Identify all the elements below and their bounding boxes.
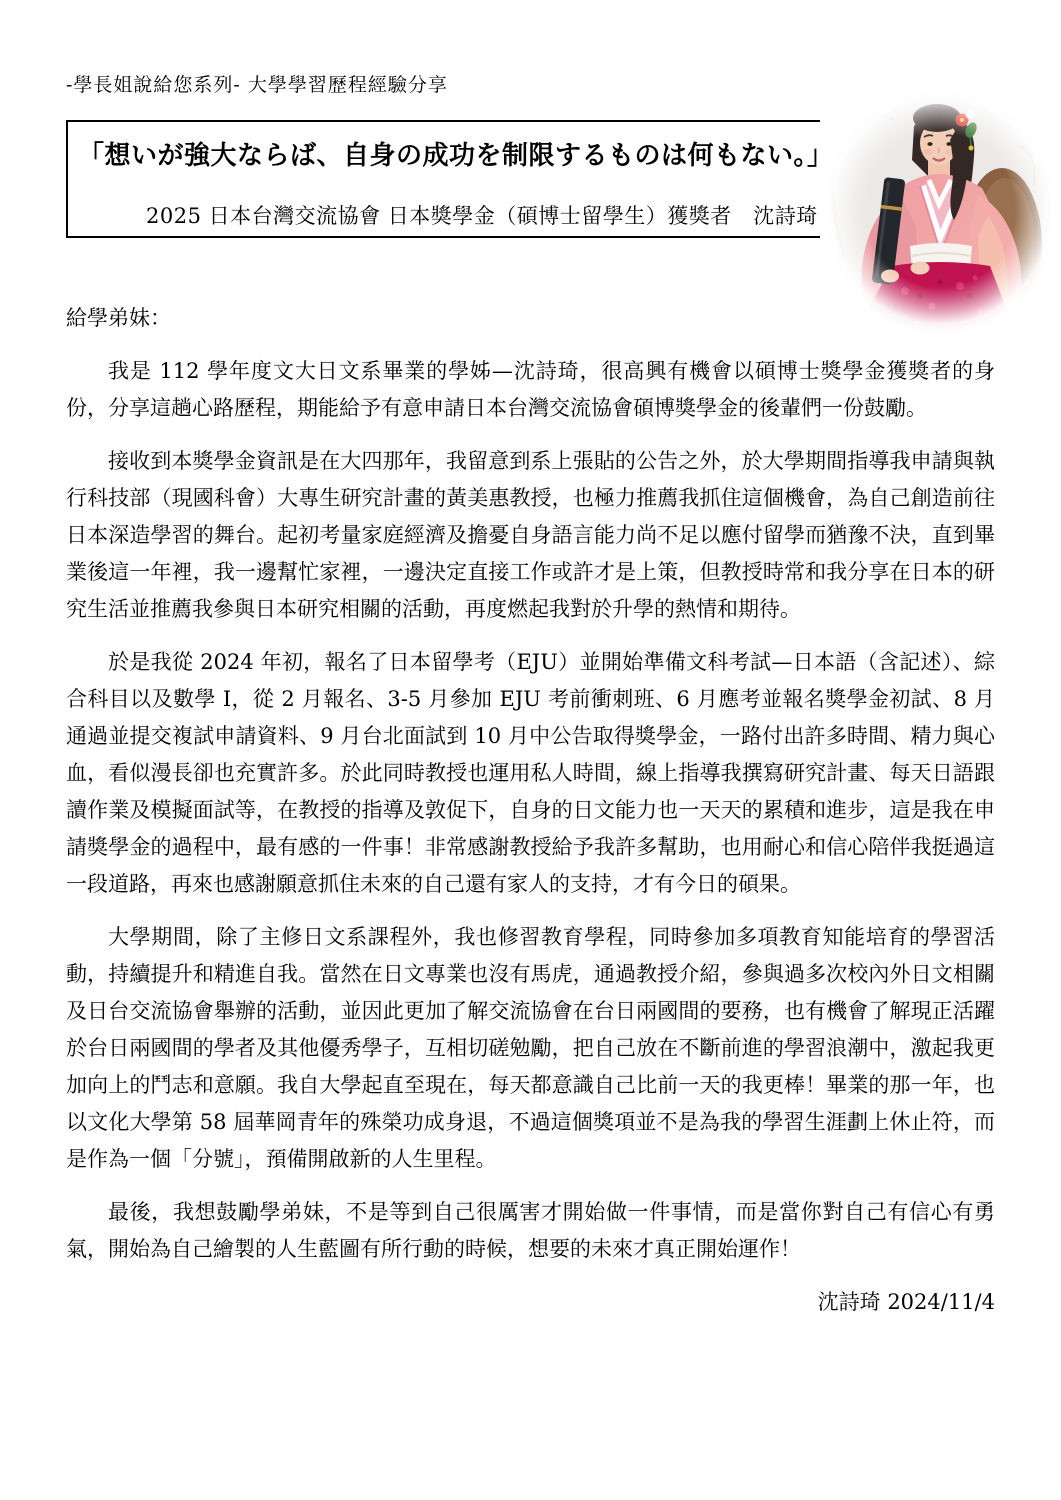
paragraph-4: 大學期間，除了主修日文系課程外，我也修習教育學程，同時參加多項教育知能培育的學習… bbox=[66, 919, 995, 1178]
document-page: -學長姐說給您系列- 大學學習歷程經驗分享 「想いが強大ならば、自身の成功を制限… bbox=[0, 0, 1061, 1500]
letter-body: 給學弟妹： 我是 112 學年度文大日文系畢業的學姊—沈詩琦，很高興有機會以碩博… bbox=[66, 300, 995, 1321]
paragraph-3: 於是我從 2024 年初，報名了日本留學考（EJU）並開始準備文科考試—日本語（… bbox=[66, 644, 995, 903]
paragraph-5: 最後，我想鼓勵學弟妹，不是等到自己很厲害才開始做一件事情，而是當你對自己有信心有… bbox=[66, 1194, 995, 1268]
graduate-photo bbox=[820, 86, 1061, 334]
paragraph-2: 接收到本獎學金資訊是在大四那年，我留意到系上張貼的公告之外，於大學期間指導我申請… bbox=[66, 443, 995, 628]
signature: 沈詩琦 2024/11/4 bbox=[66, 1284, 995, 1321]
quote-text: 「想いが強大ならば、自身の成功を制限するものは何もない。」 bbox=[78, 135, 834, 172]
quote-attribution: 2025 日本台灣交流協會 日本獎學金（碩博士留學生）獲獎者 沈詩琦 bbox=[146, 200, 818, 230]
paragraph-1: 我是 112 學年度文大日文系畢業的學姊—沈詩琦，很高興有機會以碩博士獎學金獲獎… bbox=[66, 353, 995, 427]
series-header: -學長姐說給您系列- 大學學習歷程經驗分享 bbox=[66, 70, 448, 97]
